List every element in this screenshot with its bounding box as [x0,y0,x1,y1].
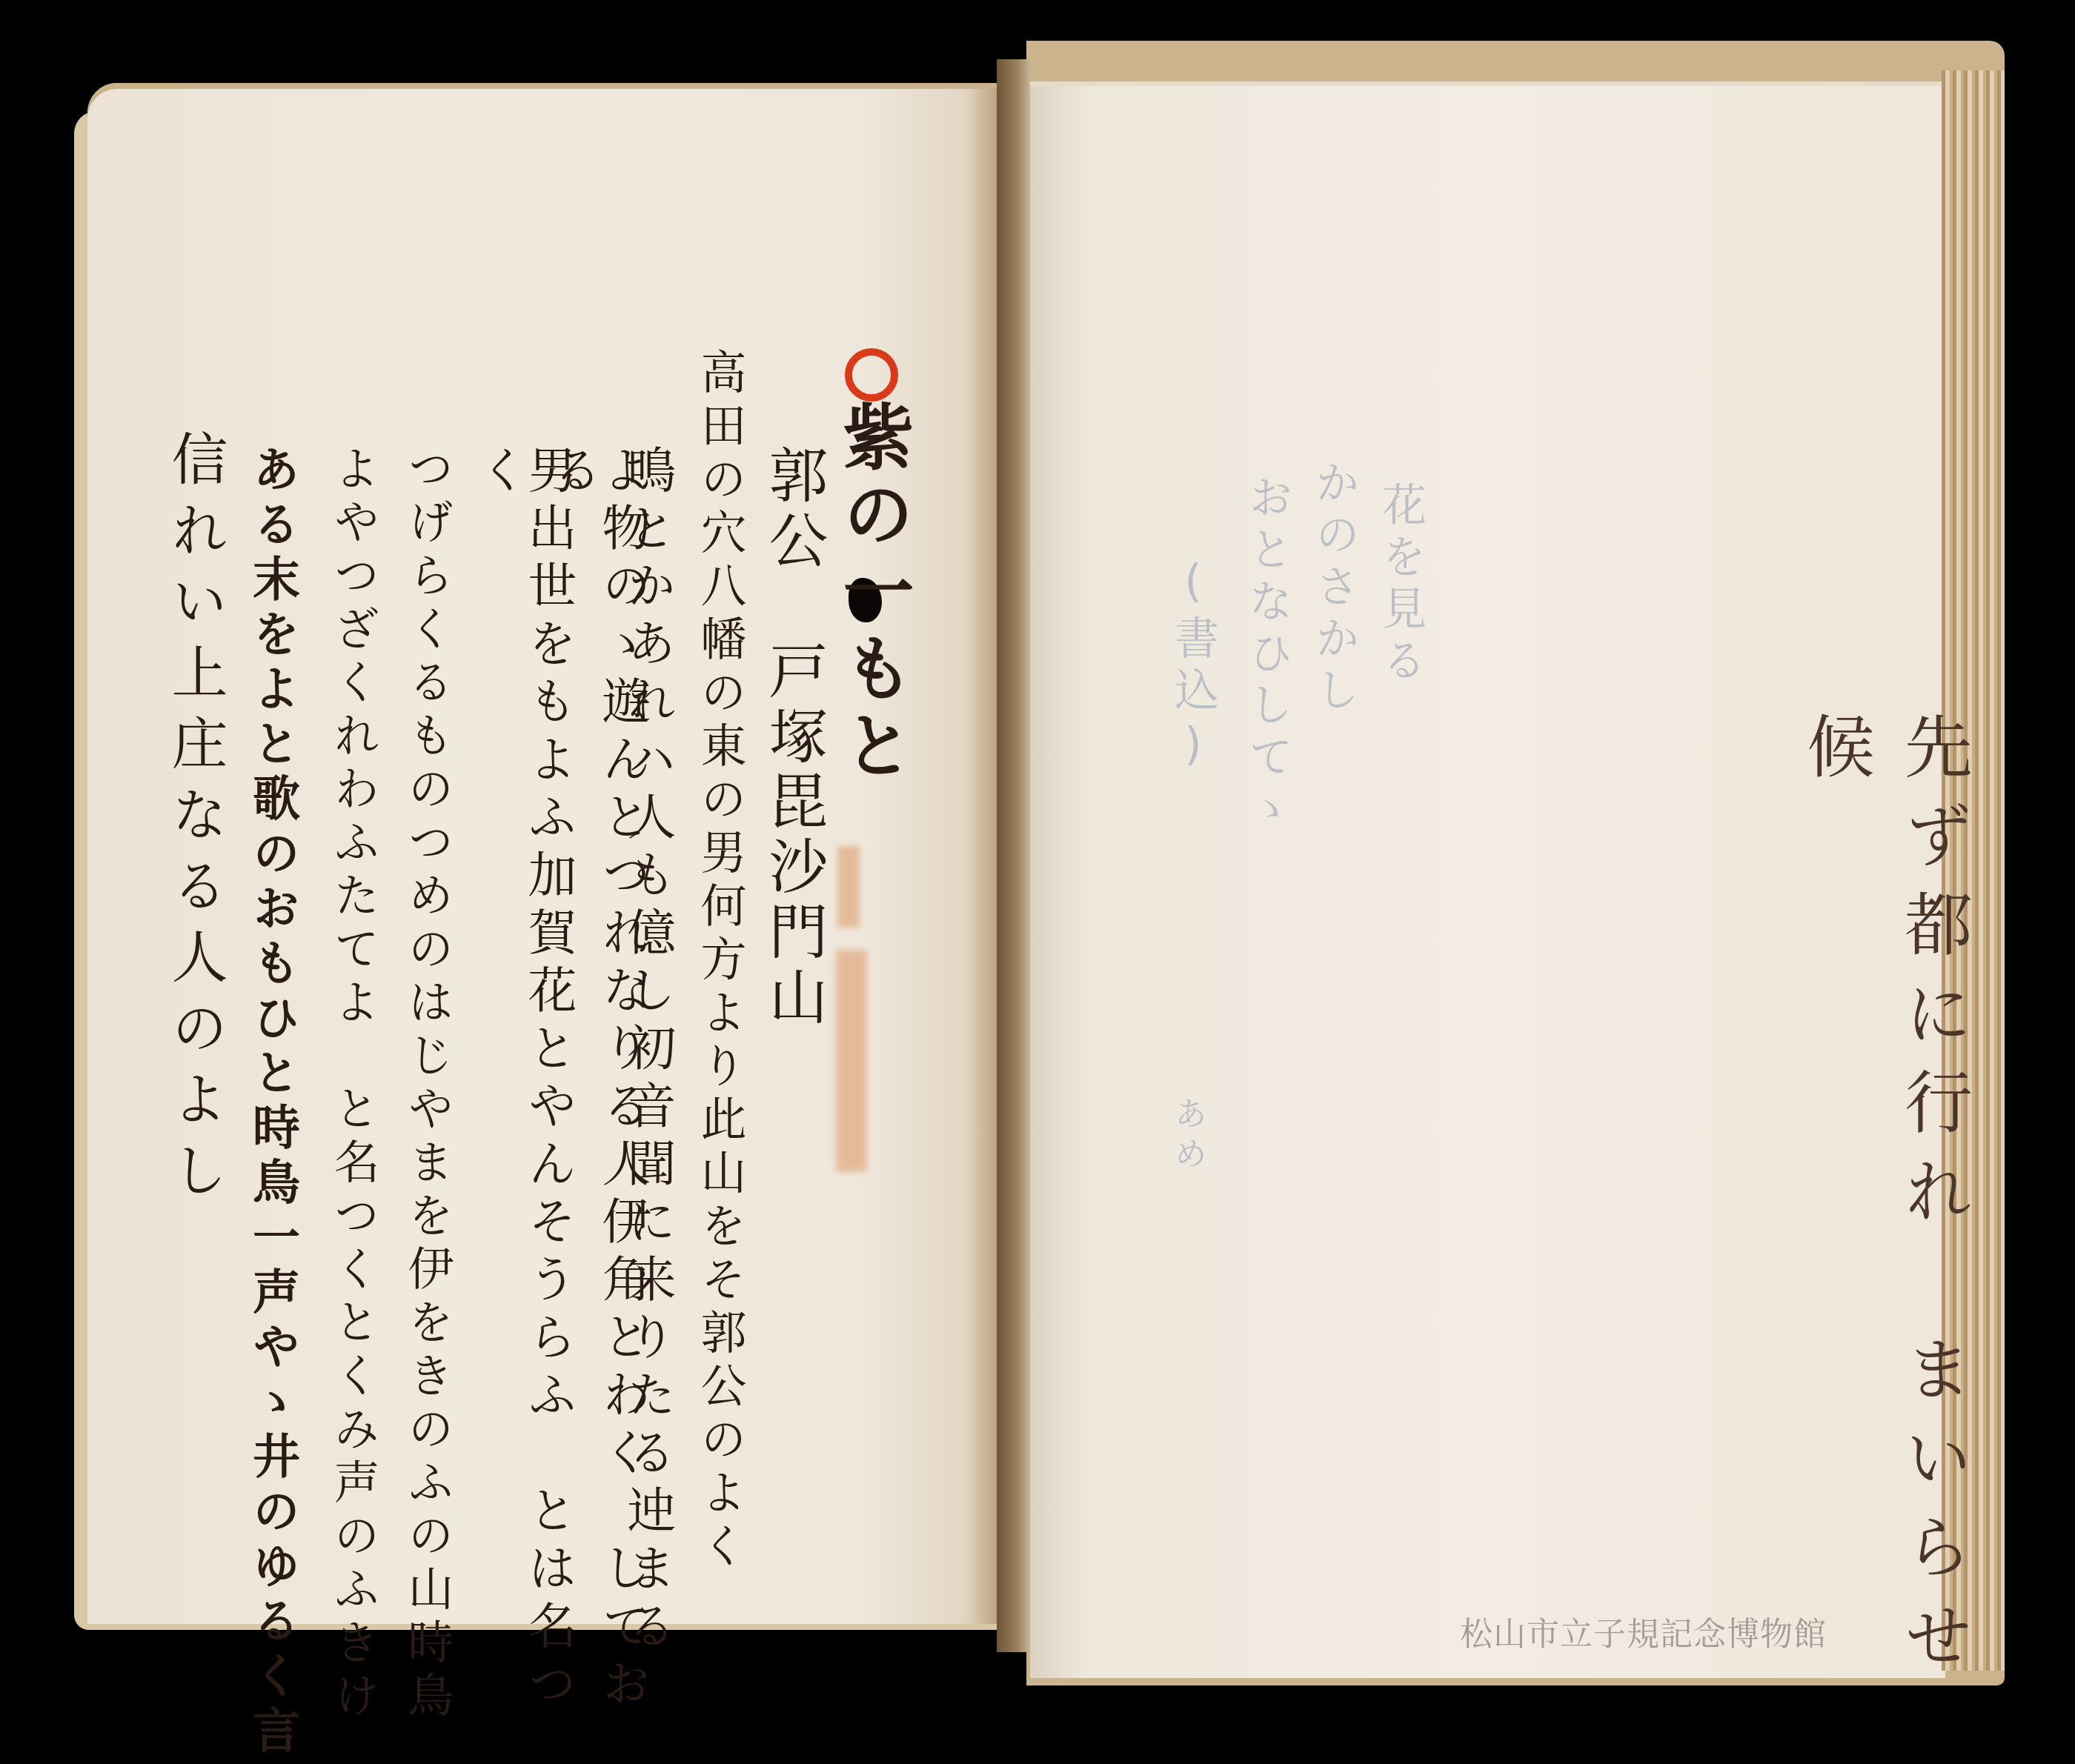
right-ink-column: 先ず都に行れ まいらせ候 [1786,711,1982,1764]
red-circle-mark [845,348,898,402]
text-column-3: 高田の穴八幡の東の男何方より此山をそ郭公のよく [697,348,743,1575]
pencil-note-3: おとなひしてゝ [1245,474,1289,837]
text-column-1: 紫の一もと [837,400,909,785]
stain-upper [837,846,860,928]
text-column-7: つげらくるものつめのはじやまを伊をきのふの山時鳥 [404,445,450,1725]
text-column-6: 男出世をもよふ加賀花とやんそうらふ とは名つく [474,445,572,1764]
manuscript-book: 紫の一もと 郭公 戸塚毘沙門山 高田の穴八幡の東の男何方より此山をそ郭公のよく … [0,0,2075,1764]
museum-watermark: 松山市立子規記念博物館 [1460,1608,1827,1655]
book-gutter [997,59,1030,1652]
stain-lower [836,950,867,1172]
pencil-note-1: 花を見る [1378,482,1423,689]
pencil-note-4: (書込) [1171,556,1215,778]
pencil-note-5: あめ [1171,1096,1203,1176]
text-column-10: 信れい上庄なる人のよし [167,430,223,1212]
text-column-8: よやつざくれわふたてよ と名つくとくみ声のふきけ [330,445,376,1725]
text-column-2: 郭公 戸塚毘沙門山 [763,445,823,1031]
pencil-note-2: かのさかし [1312,459,1356,719]
text-column-9: ある末をよと歌のおもひと時鳥一声やゝ井のゆるく言 [248,445,296,1760]
